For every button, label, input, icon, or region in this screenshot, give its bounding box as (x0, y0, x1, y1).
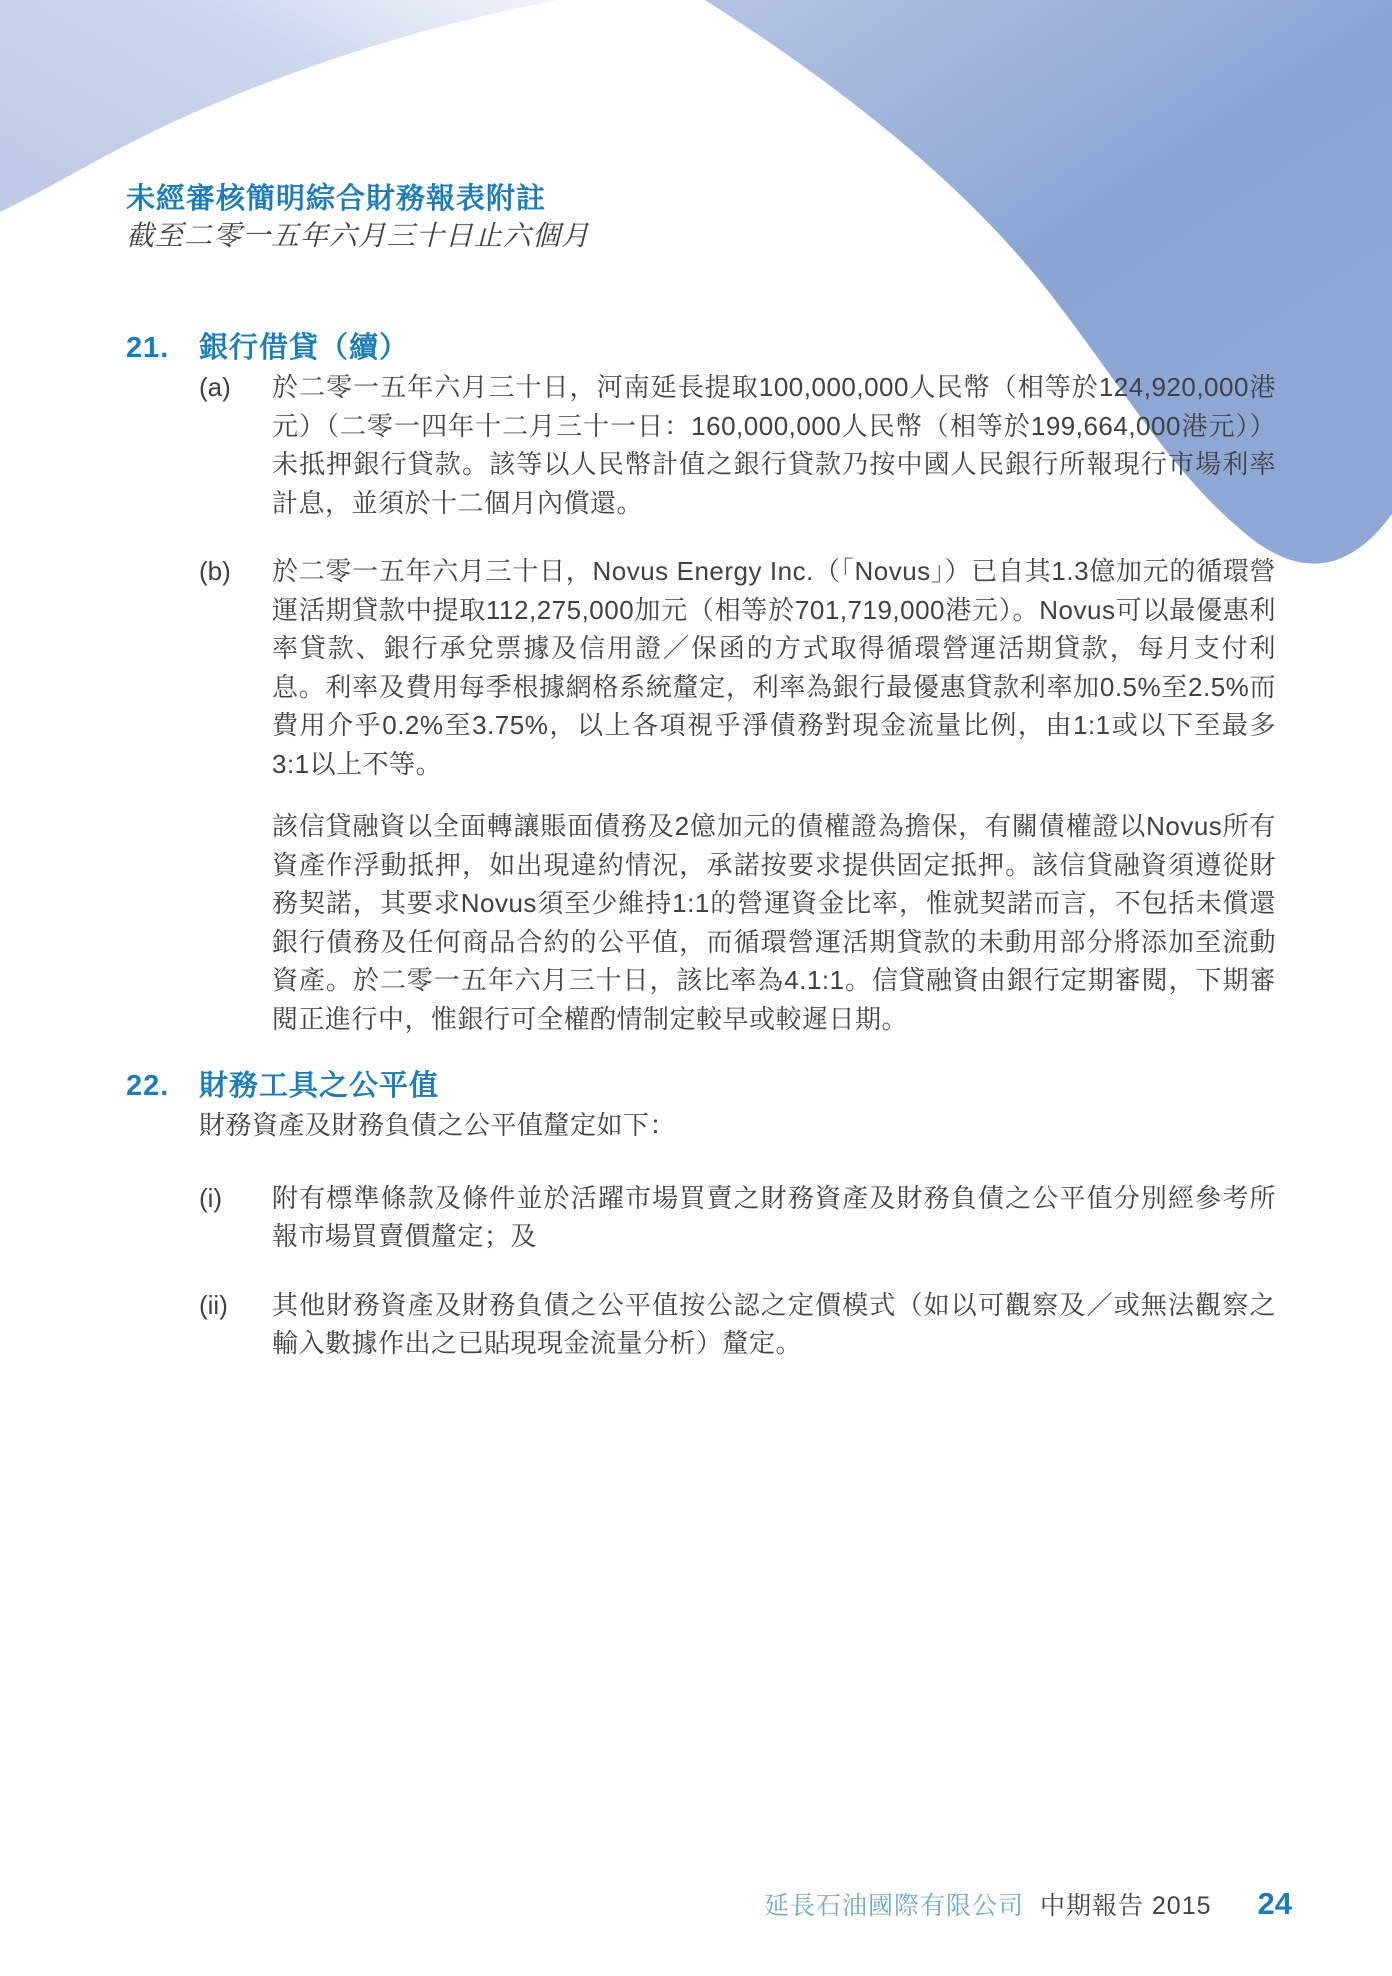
item-body: 其他財務資產及財務負債之公平值按公認之定價模式（如以可觀察及／或無法觀察之輸入數… (272, 1286, 1276, 1363)
footer-report-title: 中期報告 2015 (1040, 1886, 1212, 1922)
item-label: (ii) (199, 1286, 272, 1363)
section-heading: 銀行借貸（續） (199, 330, 409, 366)
section-intro: 財務資產及財務負債之公平值釐定如下： (199, 1106, 1276, 1145)
section-22-header: 22. 財務工具之公平值 (126, 1068, 1276, 1104)
list-item-i: (i) 附有標準條款及條件並於活躍市場買賣之財務資產及財務負債之公平值分別經參考… (199, 1179, 1276, 1256)
footer: 延長石油國際有限公司 中期報告 2015 24 (764, 1886, 1292, 1922)
paragraph: 其他財務資產及財務負債之公平值按公認之定價模式（如以可觀察及／或無法觀察之輸入數… (272, 1286, 1276, 1363)
section-22-body: 財務資產及財務負債之公平值釐定如下： (i) 附有標準條款及條件並於活躍市場買賣… (199, 1106, 1276, 1363)
paragraph: 該信貸融資以全面轉讓賬面債務及2億加元的債權證為擔保，有關債權證以Novus所有… (272, 807, 1276, 1038)
section-heading: 財務工具之公平值 (199, 1068, 439, 1104)
report-page: 未經審核簡明綜合財務報表附註 截至二零一五年六月三十日止六個月 21. 銀行借貸… (0, 0, 1392, 1976)
item-label: (i) (199, 1179, 272, 1256)
page-content: 未經審核簡明綜合財務報表附註 截至二零一五年六月三十日止六個月 21. 銀行借貸… (126, 180, 1276, 1393)
section-21-body: (a) 於二零一五年六月三十日，河南延長提取100,000,000人民幣（相等於… (199, 368, 1276, 1038)
paragraph: 於二零一五年六月三十日，河南延長提取100,000,000人民幣（相等於124,… (272, 368, 1276, 522)
list-item-b: (b) 於二零一五年六月三十日，Novus Energy Inc.（「Novus… (199, 552, 1276, 1038)
item-body: 附有標準條款及條件並於活躍市場買賣之財務資產及財務負債之公平值分別經參考所報市場… (272, 1179, 1276, 1256)
footer-page-number: 24 (1258, 1886, 1292, 1922)
section-number: 21. (126, 330, 199, 366)
page-subtitle: 截至二零一五年六月三十日止六個月 (126, 218, 1276, 254)
list-item-a: (a) 於二零一五年六月三十日，河南延長提取100,000,000人民幣（相等於… (199, 368, 1276, 522)
section-22: 22. 財務工具之公平值 財務資產及財務負債之公平值釐定如下： (i) 附有標準… (126, 1068, 1276, 1363)
item-label: (b) (199, 552, 272, 1038)
item-body: 於二零一五年六月三十日，河南延長提取100,000,000人民幣（相等於124,… (272, 368, 1276, 522)
paragraph: 附有標準條款及條件並於活躍市場買賣之財務資產及財務負債之公平值分別經參考所報市場… (272, 1179, 1276, 1256)
section-21-header: 21. 銀行借貸（續） (126, 330, 1276, 366)
footer-company-name: 延長石油國際有限公司 (764, 1886, 1024, 1922)
page-title: 未經審核簡明綜合財務報表附註 (126, 180, 1276, 218)
item-body: 於二零一五年六月三十日，Novus Energy Inc.（「Novus」）已自… (272, 552, 1276, 1038)
item-label: (a) (199, 368, 272, 522)
list-item-ii: (ii) 其他財務資產及財務負債之公平值按公認之定價模式（如以可觀察及／或無法觀… (199, 1286, 1276, 1363)
section-21: 21. 銀行借貸（續） (a) 於二零一五年六月三十日，河南延長提取100,00… (126, 330, 1276, 1038)
paragraph: 於二零一五年六月三十日，Novus Energy Inc.（「Novus」）已自… (272, 552, 1276, 783)
section-number: 22. (126, 1068, 199, 1104)
